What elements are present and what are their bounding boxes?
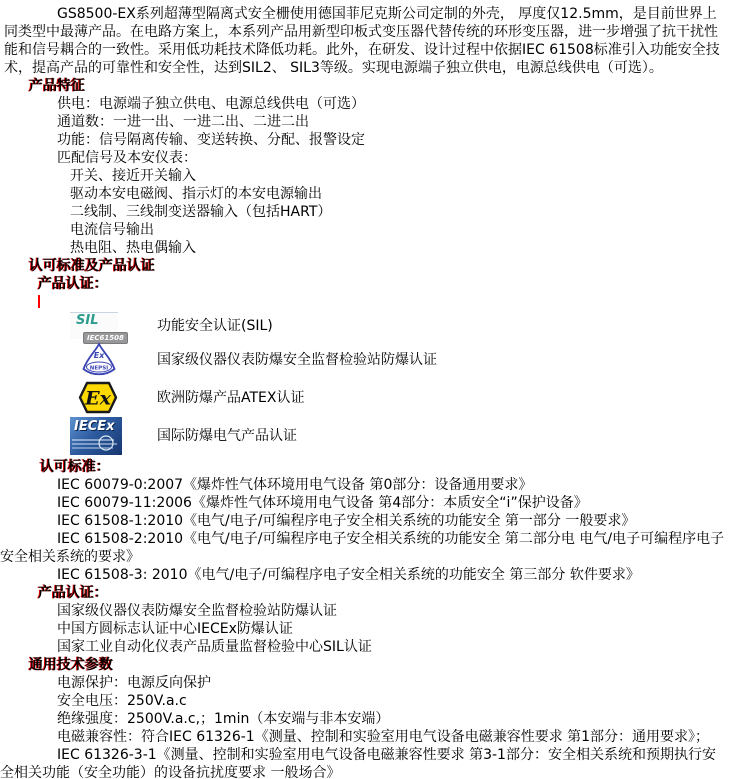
tech-param-item: 电源保护：电源反向保护 xyxy=(0,674,728,692)
atex-ex-logo-icon: Ex xyxy=(78,381,118,414)
tech-param-item: IEC 61326-3-1《测量、控制和实验室用电气设备电磁兼容性要求 第3-1… xyxy=(0,746,728,779)
product-cert-item: 中国方圆标志认证中心IECEx防爆认证 xyxy=(0,620,728,638)
text-cursor xyxy=(38,295,40,308)
intro-paragraph: GS8500-EX系列超薄型隔离式安全栅使用德国菲尼克斯公司定制的外壳， 厚度仅… xyxy=(4,5,728,77)
svg-text:Ex: Ex xyxy=(84,388,111,410)
iecex-logo-text: IECEx xyxy=(74,420,115,433)
feature-item: 供电：电源端子独立供电、电源总线供电（可选） xyxy=(0,95,728,113)
standard-item: IEC 61508-1:2010《电气/电子/可编程序电子安全相关系统的功能安全… xyxy=(0,512,728,530)
badge-row-nepsi: Ex NEPSI 国家级仪器仪表防爆安全监督检验站防爆认证 xyxy=(70,342,732,378)
standard-item: IEC 60079-0:2007《爆炸性气体环境用电气设备 第0部分：设备通用要… xyxy=(0,476,728,494)
feature-item: 匹配信号及本安仪表： xyxy=(0,149,728,167)
feature-sub-item: 电流信号输出 xyxy=(0,221,728,239)
feature-sub-item: 热电阻、热电偶输入 xyxy=(0,239,728,257)
feature-sub-item: 开关、接近开关输入 xyxy=(0,167,728,185)
feature-sub-item: 驱动本安电磁阀、指示灯的本安电源输出 xyxy=(0,185,728,203)
feature-item: 功能：信号隔离传输、变送转换、分配、报警设定 xyxy=(0,131,728,149)
nepsi-logo-icon: Ex NEPSI xyxy=(82,342,116,378)
section-heading-standards-and-certs: 认可标准及产品认证 xyxy=(29,257,732,275)
tech-param-item: 安全电压：250V.a.c xyxy=(0,692,728,710)
iecex-logo-icon: IECEx xyxy=(70,417,122,455)
badge-row-atex: Ex 欧洲防爆产品ATEX认证 xyxy=(70,381,732,414)
subheading-product-certification-2: 产品认证： xyxy=(38,584,732,602)
standard-item: IEC 60079-11:2006《爆炸性气体环境用电气设备 第4部分：本质安全… xyxy=(0,494,728,512)
svg-text:NEPSI: NEPSI xyxy=(90,366,108,372)
section-heading-general-tech-params: 通用技术参数 xyxy=(29,656,732,674)
standard-item: IEC 61508-2:2010《电气/电子/可编程序电子安全相关系统的功能安全… xyxy=(0,530,728,566)
product-cert-item: 国家级仪器仪表防爆安全监督检验站防爆认证 xyxy=(0,602,728,620)
badge-row-iecex: IECEx 国际防爆电气产品认证 xyxy=(70,417,732,455)
sil-logo-icon: SIL IEC61508 xyxy=(70,312,118,339)
svg-text:Ex: Ex xyxy=(94,351,105,360)
badge-label-iecex: 国际防爆电气产品认证 xyxy=(157,427,297,445)
tech-param-item: 电磁兼容性：符合IEC 61326-1《测量、控制和实验室用电气设备电磁兼容性要… xyxy=(0,728,728,746)
subheading-approved-standards: 认可标准： xyxy=(40,458,732,476)
badge-label-nepsi: 国家级仪器仪表防爆安全监督检验站防爆认证 xyxy=(157,351,437,369)
standard-item: IEC 61508-3: 2010《电气/电子/可编程序电子安全相关系统的功能安… xyxy=(0,566,728,584)
tech-param-item: 绝缘强度：2500V.a.c,；1min（本安端与非本安端） xyxy=(0,710,728,728)
product-cert-item: 国家工业自动化仪表产品质量监督检验中心SIL认证 xyxy=(0,638,728,656)
certification-badges: SIL IEC61508 功能安全认证(SIL) Ex NEPSI 国家级仪器仪… xyxy=(70,312,732,455)
document-page: GS8500-EX系列超薄型隔离式安全栅使用德国菲尼克斯公司定制的外壳， 厚度仅… xyxy=(0,0,732,779)
section-heading-product-features: 产品特征 xyxy=(29,77,732,95)
badge-label-sil: 功能安全认证(SIL) xyxy=(157,317,273,335)
badge-label-atex: 欧洲防爆产品ATEX认证 xyxy=(157,389,304,407)
feature-item: 通道数：一进一出、一进二出、二进二出 xyxy=(0,113,728,131)
feature-sub-item: 二线制、三线制变送器输入（包括HART） xyxy=(0,203,728,221)
subheading-product-certification: 产品认证： xyxy=(38,275,732,293)
sil-logo-text: SIL xyxy=(76,314,118,327)
iecex-globe-lines xyxy=(70,435,122,455)
badge-row-sil: SIL IEC61508 功能安全认证(SIL) xyxy=(70,312,732,339)
